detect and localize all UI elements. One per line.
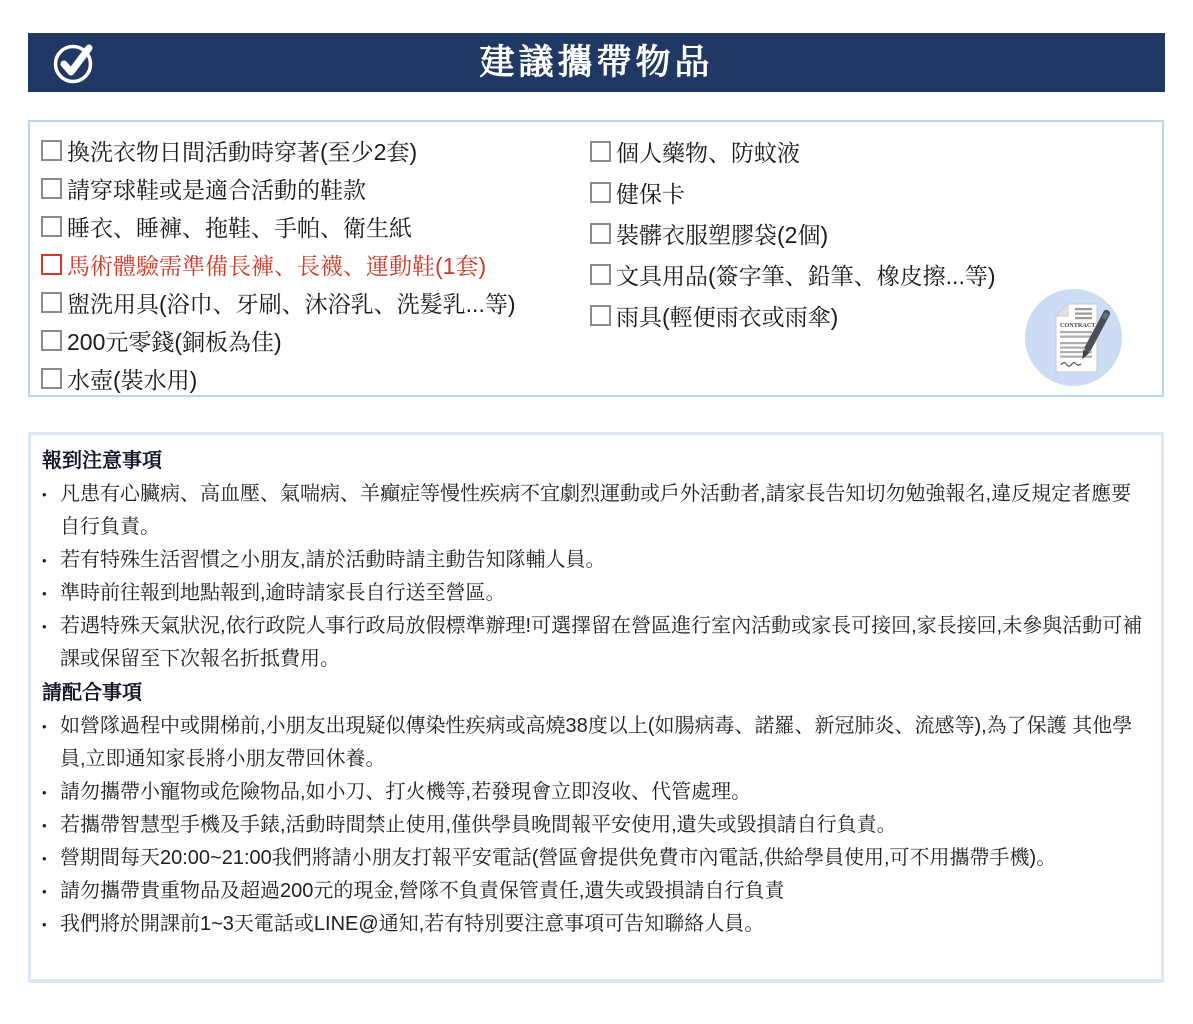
checklist-item: 個人藥物、防蚊液 [590, 131, 1150, 172]
checklist-item-label: 水壺(裝水用) [67, 362, 197, 395]
checklist-item: 200元零錢(銅板為佳) [41, 321, 581, 359]
page-title: 建議攜帶物品 [479, 33, 713, 92]
checklist-item-label: 盥洗用具(浴巾、牙刷、沐浴乳、洗髮乳...等) [67, 286, 516, 319]
checklist-item-label: 馬術體驗需準備長褲、長襪、運動鞋(1套) [67, 248, 486, 281]
checklist-item-label: 健保卡 [616, 176, 685, 209]
checkbox-icon[interactable] [41, 216, 62, 237]
note-bullet: • 請勿攜帶小寵物或危險物品,如小刀、打火機等,若發現會立即沒收、代管處理。 [42, 776, 1147, 809]
note-bullet: • 準時前往報到地點報到,逾時請家長自行送至營區。 [42, 577, 1147, 610]
checklist-item-label: 個人藥物、防蚊液 [616, 135, 800, 168]
note-text: 請勿攜帶貴重物品及超過200元的現金,營隊不負責保管責任,遺失或毀損請自行負責 [60, 875, 1147, 908]
checklist-item: 請穿球鞋或是適合活動的鞋款 [41, 169, 581, 207]
note-text: 準時前往報到地點報到,逾時請家長自行送至營區。 [60, 577, 1147, 610]
checklist-item: 健保卡 [590, 172, 1150, 213]
bullet-icon: • [42, 776, 60, 809]
note-text: 請勿攜帶小寵物或危險物品,如小刀、打火機等,若發現會立即沒收、代管處理。 [60, 776, 1147, 809]
checkbox-icon[interactable] [590, 305, 611, 326]
checkbox-icon[interactable] [41, 292, 62, 313]
section-heading-checkin: 報到注意事項 [42, 444, 1147, 478]
note-bullet: • 我們將於開課前1~3天電話或LINE@通知,若有特別要注意事項可告知聯絡人員… [42, 908, 1147, 941]
checklist-item-label: 雨具(輕便雨衣或雨傘) [616, 299, 838, 332]
bullet-icon: • [42, 875, 60, 908]
note-text: 我們將於開課前1~3天電話或LINE@通知,若有特別要注意事項可告知聯絡人員。 [60, 908, 1147, 941]
checkbox-icon[interactable] [590, 141, 611, 162]
notes-panel: 報到注意事項 • 凡患有心臟病、高血壓、氣喘病、羊癲症等慢性疾病不宜劇烈運動或戶… [28, 432, 1164, 983]
note-bullet: • 若攜帶智慧型手機及手錶,活動時間禁止使用,僅供學員晚間報平安使用,遺失或毀損… [42, 809, 1147, 842]
checklist-item-label: 睡衣、睡褲、拖鞋、手帕、衛生紙 [67, 210, 412, 243]
bullet-icon: • [42, 710, 60, 776]
checkbox-icon[interactable] [41, 330, 62, 351]
note-bullet: • 如營隊過程中或開梯前,小朋友出現疑似傳染性疾病或高燒38度以上(如腸病毒、諾… [42, 710, 1147, 776]
note-text: 營期間每天20:00~21:00我們將請小朋友打報平安電話(營區會提供免費市內電… [60, 842, 1147, 875]
checkbox-icon[interactable] [590, 182, 611, 203]
section-heading-cooperation: 請配合事項 [42, 676, 1147, 710]
checkbox-icon[interactable] [590, 264, 611, 285]
note-bullet: • 若有特殊生活習慣之小朋友,請於活動時請主動告知隊輔人員。 [42, 544, 1147, 577]
note-text: 若有特殊生活習慣之小朋友,請於活動時請主動告知隊輔人員。 [60, 544, 1147, 577]
checklist-item-label: 換洗衣物日間活動時穿著(至少2套) [67, 134, 417, 167]
bullet-icon: • [42, 478, 60, 544]
checklist-item: 水壺(裝水用) [41, 359, 581, 397]
checklist-item-highlighted: 馬術體驗需準備長褲、長襪、運動鞋(1套) [41, 245, 581, 283]
checkbox-icon[interactable] [41, 254, 62, 275]
bullet-icon: • [42, 544, 60, 577]
checklist-item-label: 文具用品(簽字筆、鉛筆、橡皮擦...等) [616, 258, 996, 291]
checkbox-icon[interactable] [41, 178, 62, 199]
bullet-icon: • [42, 577, 60, 610]
checklist-item: 換洗衣物日間活動時穿著(至少2套) [41, 131, 581, 169]
checkbox-icon[interactable] [41, 140, 62, 161]
checklist-item-label: 200元零錢(銅板為佳) [67, 324, 282, 357]
header-banner: 建議攜帶物品 [28, 33, 1165, 92]
bullet-icon: • [42, 610, 60, 676]
note-text: 凡患有心臟病、高血壓、氣喘病、羊癲症等慢性疾病不宜劇烈運動或戶外活動者,請家長告… [60, 478, 1147, 544]
bullet-icon: • [42, 809, 60, 842]
note-text: 若遇特殊天氣狀況,依行政院人事行政局放假標準辦理!可選擇留在營區進行室內活動或家… [60, 610, 1147, 676]
contract-label: CONTRACT [1060, 322, 1096, 329]
note-bullet: • 若遇特殊天氣狀況,依行政院人事行政局放假標準辦理!可選擇留在營區進行室內活動… [42, 610, 1147, 676]
check-circle-icon [52, 41, 96, 85]
checklist-item-label: 請穿球鞋或是適合活動的鞋款 [67, 172, 366, 205]
bullet-icon: • [42, 842, 60, 875]
checklist-item-label: 裝髒衣服塑膠袋(2個) [616, 217, 828, 250]
checklist-panel: 換洗衣物日間活動時穿著(至少2套) 請穿球鞋或是適合活動的鞋款 睡衣、睡褲、拖鞋… [28, 120, 1164, 397]
checklist-item: 盥洗用具(浴巾、牙刷、沐浴乳、洗髮乳...等) [41, 283, 581, 321]
bullet-icon: • [42, 908, 60, 941]
note-text: 若攜帶智慧型手機及手錶,活動時間禁止使用,僅供學員晚間報平安使用,遺失或毀損請自… [60, 809, 1147, 842]
note-text: 如營隊過程中或開梯前,小朋友出現疑似傳染性疾病或高燒38度以上(如腸病毒、諾羅、… [60, 710, 1147, 776]
contract-icon: CONTRACT [1025, 289, 1122, 386]
note-bullet: • 營期間每天20:00~21:00我們將請小朋友打報平安電話(營區會提供免費市… [42, 842, 1147, 875]
checklist-column-left: 換洗衣物日間活動時穿著(至少2套) 請穿球鞋或是適合活動的鞋款 睡衣、睡褲、拖鞋… [41, 131, 581, 397]
checkbox-icon[interactable] [590, 223, 611, 244]
note-bullet: • 凡患有心臟病、高血壓、氣喘病、羊癲症等慢性疾病不宜劇烈運動或戶外活動者,請家… [42, 478, 1147, 544]
note-bullet: • 請勿攜帶貴重物品及超過200元的現金,營隊不負責保管責任,遺失或毀損請自行負… [42, 875, 1147, 908]
checklist-item: 裝髒衣服塑膠袋(2個) [590, 213, 1150, 254]
checkbox-icon[interactable] [41, 368, 62, 389]
checklist-item: 睡衣、睡褲、拖鞋、手帕、衛生紙 [41, 207, 581, 245]
